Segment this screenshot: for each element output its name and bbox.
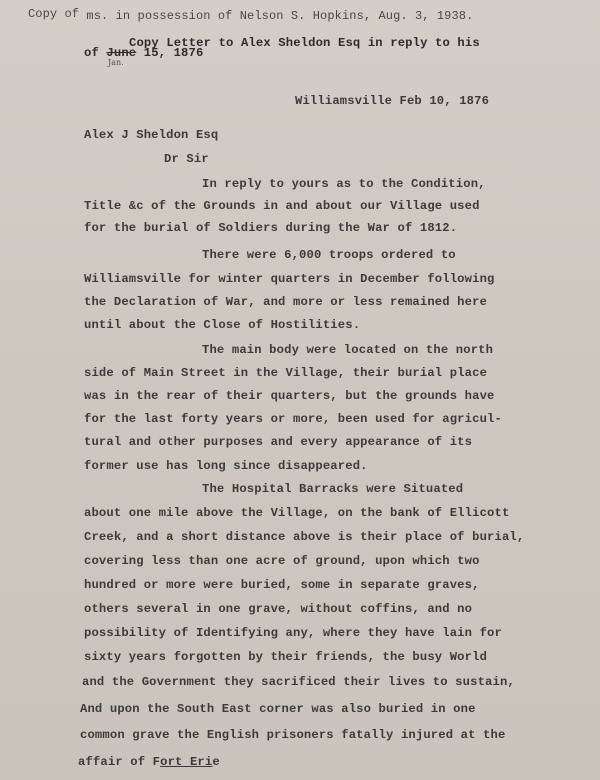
document-page: Copy of ms. in possession of Nelson S. H… — [0, 0, 600, 780]
body-line: for the burial of Soldiers during the Wa… — [84, 222, 457, 234]
body-line: side of Main Street in the Village, thei… — [84, 367, 487, 379]
dateline: Williamsville Feb 10, 1876 — [295, 95, 489, 107]
body-line: the Declaration of War, and more or less… — [84, 296, 487, 308]
letter-heading-line2: of June 15, 1876 — [84, 47, 203, 59]
last-line-prefix: affair of F — [78, 755, 160, 769]
body-line: until about the Close of Hostilities. — [84, 319, 360, 331]
addressee: Alex J Sheldon Esq — [84, 129, 218, 141]
body-line: about one mile above the Village, on the… — [84, 507, 509, 519]
body-last-line: affair of Fort Erie — [78, 756, 220, 768]
last-line-suffix: e — [212, 755, 219, 769]
body-line: tural and other purposes and every appea… — [84, 436, 472, 448]
body-line: possibility of Identifying any, where th… — [84, 627, 502, 639]
archive-note-text: ms. in possession of Nelson S. Hopkins, … — [86, 9, 473, 23]
body-line: hundred or more were buried, some in sep… — [84, 579, 480, 591]
heading-date: 15, 1876 — [144, 46, 204, 60]
handwritten-correction: Jan. — [108, 58, 124, 67]
body-line: common grave the English prisoners fatal… — [80, 729, 505, 741]
body-line: and the Government they sacrificed their… — [82, 676, 515, 688]
body-line: The main body were located on the north — [202, 344, 493, 356]
archive-note: Copy of ms. in possession of Nelson S. H… — [28, 10, 473, 22]
body-line: former use has long since disappeared. — [84, 460, 368, 472]
body-line: Creek, and a short distance above is the… — [84, 531, 524, 543]
body-line: covering less than one acre of ground, u… — [84, 555, 480, 567]
archive-note-prefix: Copy of — [28, 7, 79, 21]
body-line: was in the rear of their quarters, but t… — [84, 390, 495, 402]
body-line: for the last forty years or more, been u… — [84, 413, 502, 425]
body-line: And upon the South East corner was also … — [80, 703, 476, 715]
salutation: Dr Sir — [164, 153, 209, 165]
body-line: There were 6,000 troops ordered to — [202, 249, 456, 261]
body-line: Williamsville for winter quarters in Dec… — [84, 273, 495, 285]
heading-of: of — [84, 46, 99, 60]
body-line: The Hospital Barracks were Situated — [202, 483, 463, 495]
body-line: Title &c of the Grounds in and about our… — [84, 200, 480, 212]
last-line-underlined: ort Eri — [160, 755, 212, 769]
body-line: others several in one grave, without cof… — [84, 603, 472, 615]
body-line: sixty years forgotten by their friends, … — [84, 651, 487, 663]
body-line: In reply to yours as to the Condition, — [202, 178, 486, 190]
